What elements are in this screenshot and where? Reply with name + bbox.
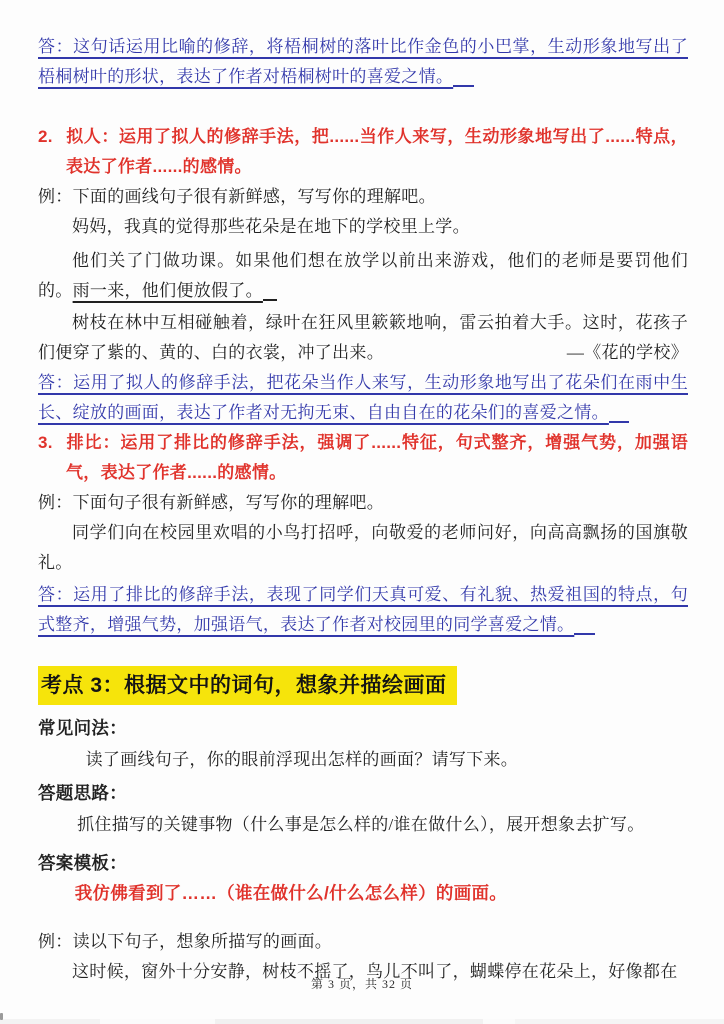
- example-paragraph-branches: 树枝在林中互相碰触着，绿叶在狂风里簌簌地响，雷云拍着大手。这时，花孩子们便穿了紫…: [38, 308, 688, 368]
- page-bottom-edge: [0, 1019, 724, 1024]
- label-answer-template: 答案模板：: [38, 848, 688, 878]
- example-sentence-classmates: 同学们向在校园里欢唱的小鸟打招呼，向敬爱的老师问好，向高高飘扬的国旗敬礼。: [38, 518, 688, 578]
- answer-parallelism-text: 答：运用了排比的修辞手法，表现了同学们天真可爱、有礼貌、热爱祖国的特点，句式整齐…: [38, 585, 688, 634]
- underline-tail: [574, 633, 594, 635]
- rule-parallelism-text: 排比：运用了排比的修辞手法，强调了......特征，句式整齐，增强气势，加强语气…: [66, 433, 688, 482]
- edge-segment: [515, 1019, 724, 1024]
- edge-artifact-dot: [0, 1013, 3, 1020]
- answer-template-text: 我仿佛看到了……（谁在做什么/什么怎么样）的画面。: [38, 878, 688, 908]
- rule-personification: 2.拟人：运用了拟人的修辞手法，把......当作人来写，生动形象地写出了...…: [38, 122, 688, 182]
- page-number-footer: 第 3 页，共 32 页: [0, 977, 724, 991]
- rule-number: 3.: [38, 428, 66, 458]
- underline-tail: [453, 85, 473, 87]
- answer-metaphor-text: 答：这句话运用比喻的修辞，将梧桐树的落叶比作金色的小巴掌，生动形象地写出了梧桐树…: [38, 37, 688, 86]
- section-heading-kaodian3: 考点 3：根据文中的词句，想象并描绘画面: [38, 666, 688, 705]
- common-question-text: 读了画线句子，你的眼前浮现出怎样的画面？请写下来。: [38, 745, 688, 775]
- underline-tail: [609, 421, 629, 423]
- example-prompt-personification: 例：下面的画线句子很有新鲜感，写写你的理解吧。: [38, 182, 688, 212]
- answer-approach-text: 抓住描写的关键事物（什么事是怎么样的/谁在做什么），展开想象去扩写。: [38, 810, 688, 840]
- rule-parallelism: 3.排比：运用了排比的修辞手法，强调了......特征，句式整齐，增强气势，加强…: [38, 428, 688, 488]
- example-prompt-imagine: 例：读以下句子，想象所描写的画面。: [38, 927, 688, 957]
- answer-metaphor: 答：这句话运用比喻的修辞，将梧桐树的落叶比作金色的小巴掌，生动形象地写出了梧桐树…: [38, 32, 688, 92]
- underline-tail: [263, 299, 277, 301]
- answer-parallelism: 答：运用了排比的修辞手法，表现了同学们天真可爱、有礼貌、热爱祖国的特点，句式整齐…: [38, 580, 688, 640]
- example-sentence-mama: 妈妈，我真的觉得那些花朵是在地下的学校里上学。: [38, 212, 688, 242]
- answer-personification: 答：运用了拟人的修辞手法，把花朵当作人来写，生动形象地写出了花朵们在雨中生长、绽…: [38, 368, 688, 428]
- edge-segment: [0, 1019, 100, 1024]
- answer-personification-text: 答：运用了拟人的修辞手法，把花朵当作人来写，生动形象地写出了花朵们在雨中生长、绽…: [38, 373, 688, 422]
- edge-segment: [215, 1019, 483, 1024]
- highlighted-heading: 考点 3：根据文中的词句，想象并描绘画面: [38, 666, 457, 705]
- example-prompt-parallelism: 例：下面句子很有新鲜感，写写你的理解吧。: [38, 488, 688, 518]
- rule-number: 2.: [38, 122, 66, 152]
- underlined-sentence: 雨一来，他们便放假了。: [73, 281, 277, 300]
- example-paragraph-homework: 他们关了门做功课。如果他们想在放学以前出来游戏，他们的老师是要罚他们的。雨一来，…: [38, 246, 688, 306]
- rule-personification-text: 拟人：运用了拟人的修辞手法，把......当作人来写，生动形象地写出了.....…: [66, 127, 688, 176]
- label-answer-approach: 答题思路：: [38, 778, 688, 808]
- source-attribution: —《花的学校》: [533, 338, 688, 368]
- document-page: 答：这句话运用比喻的修辞，将梧桐树的落叶比作金色的小巴掌，生动形象地写出了梧桐树…: [0, 0, 724, 1024]
- label-common-question: 常见问法：: [38, 713, 688, 743]
